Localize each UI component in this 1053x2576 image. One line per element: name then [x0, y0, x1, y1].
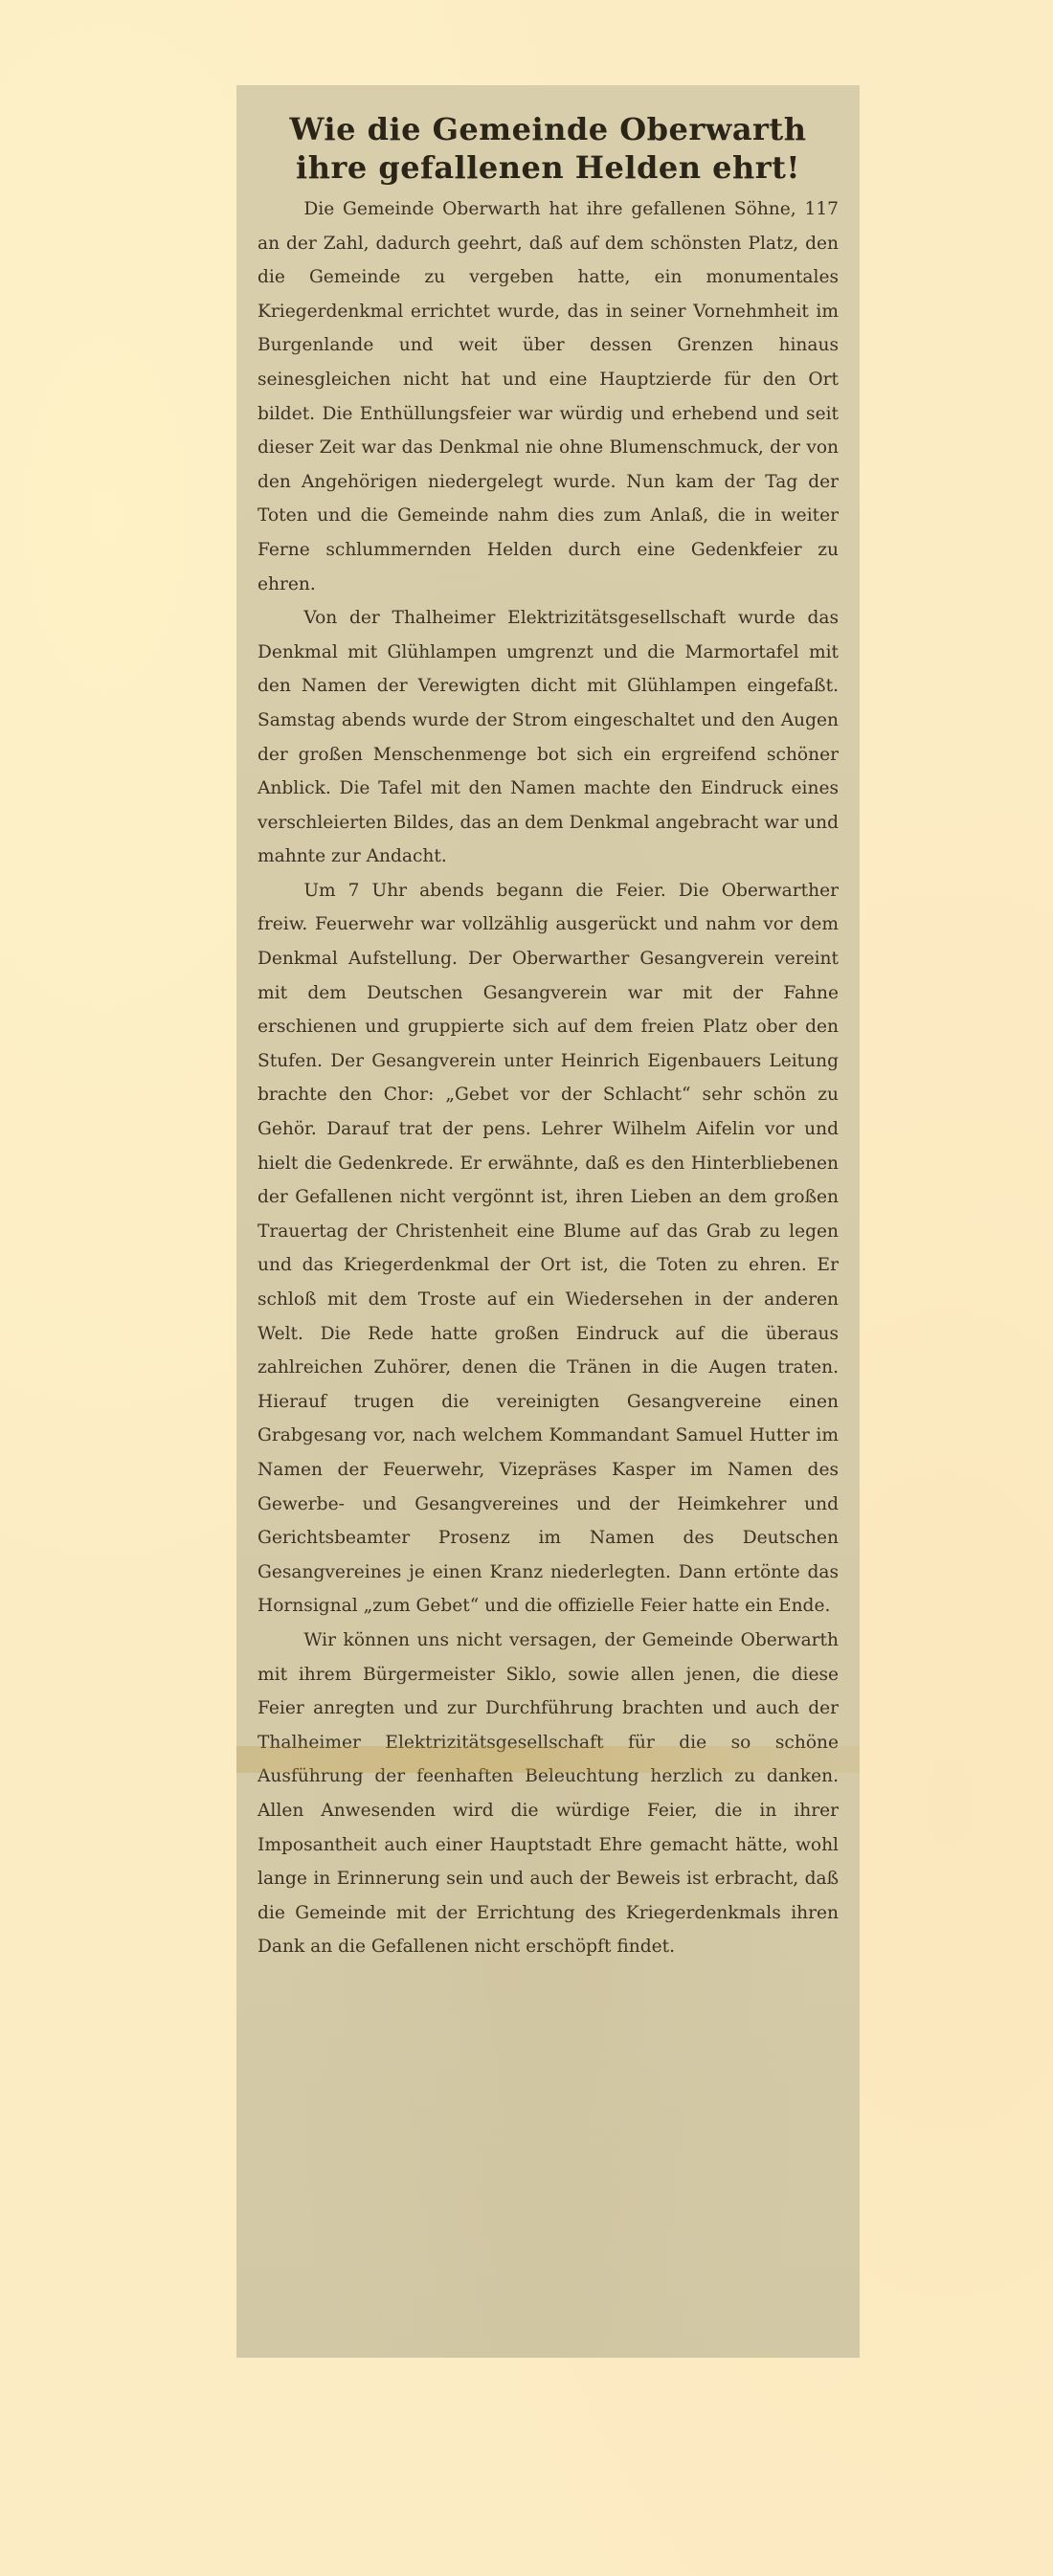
- headline-line-1: Wie die Gemeinde Oberwarth: [258, 110, 839, 148]
- newspaper-clipping: Wie die Gemeinde Oberwarth ihre gefallen…: [236, 85, 860, 2358]
- paragraph: Die Gemeinde Oberwarth hat ihre gefallen…: [258, 192, 839, 601]
- headline: Wie die Gemeinde Oberwarth ihre gefallen…: [258, 110, 839, 187]
- paragraph: Wir können uns nicht versagen, der Gemei…: [258, 1624, 839, 1964]
- headline-line-2: ihre gefallenen Helden ehrt!: [258, 148, 839, 187]
- article-body: Die Gemeinde Oberwarth hat ihre gefallen…: [258, 192, 839, 1964]
- paragraph: Von der Thalheimer Elektrizitätsgesellsc…: [258, 601, 839, 874]
- paragraph: Um 7 Uhr abends begann die Feier. Die Ob…: [258, 874, 839, 1624]
